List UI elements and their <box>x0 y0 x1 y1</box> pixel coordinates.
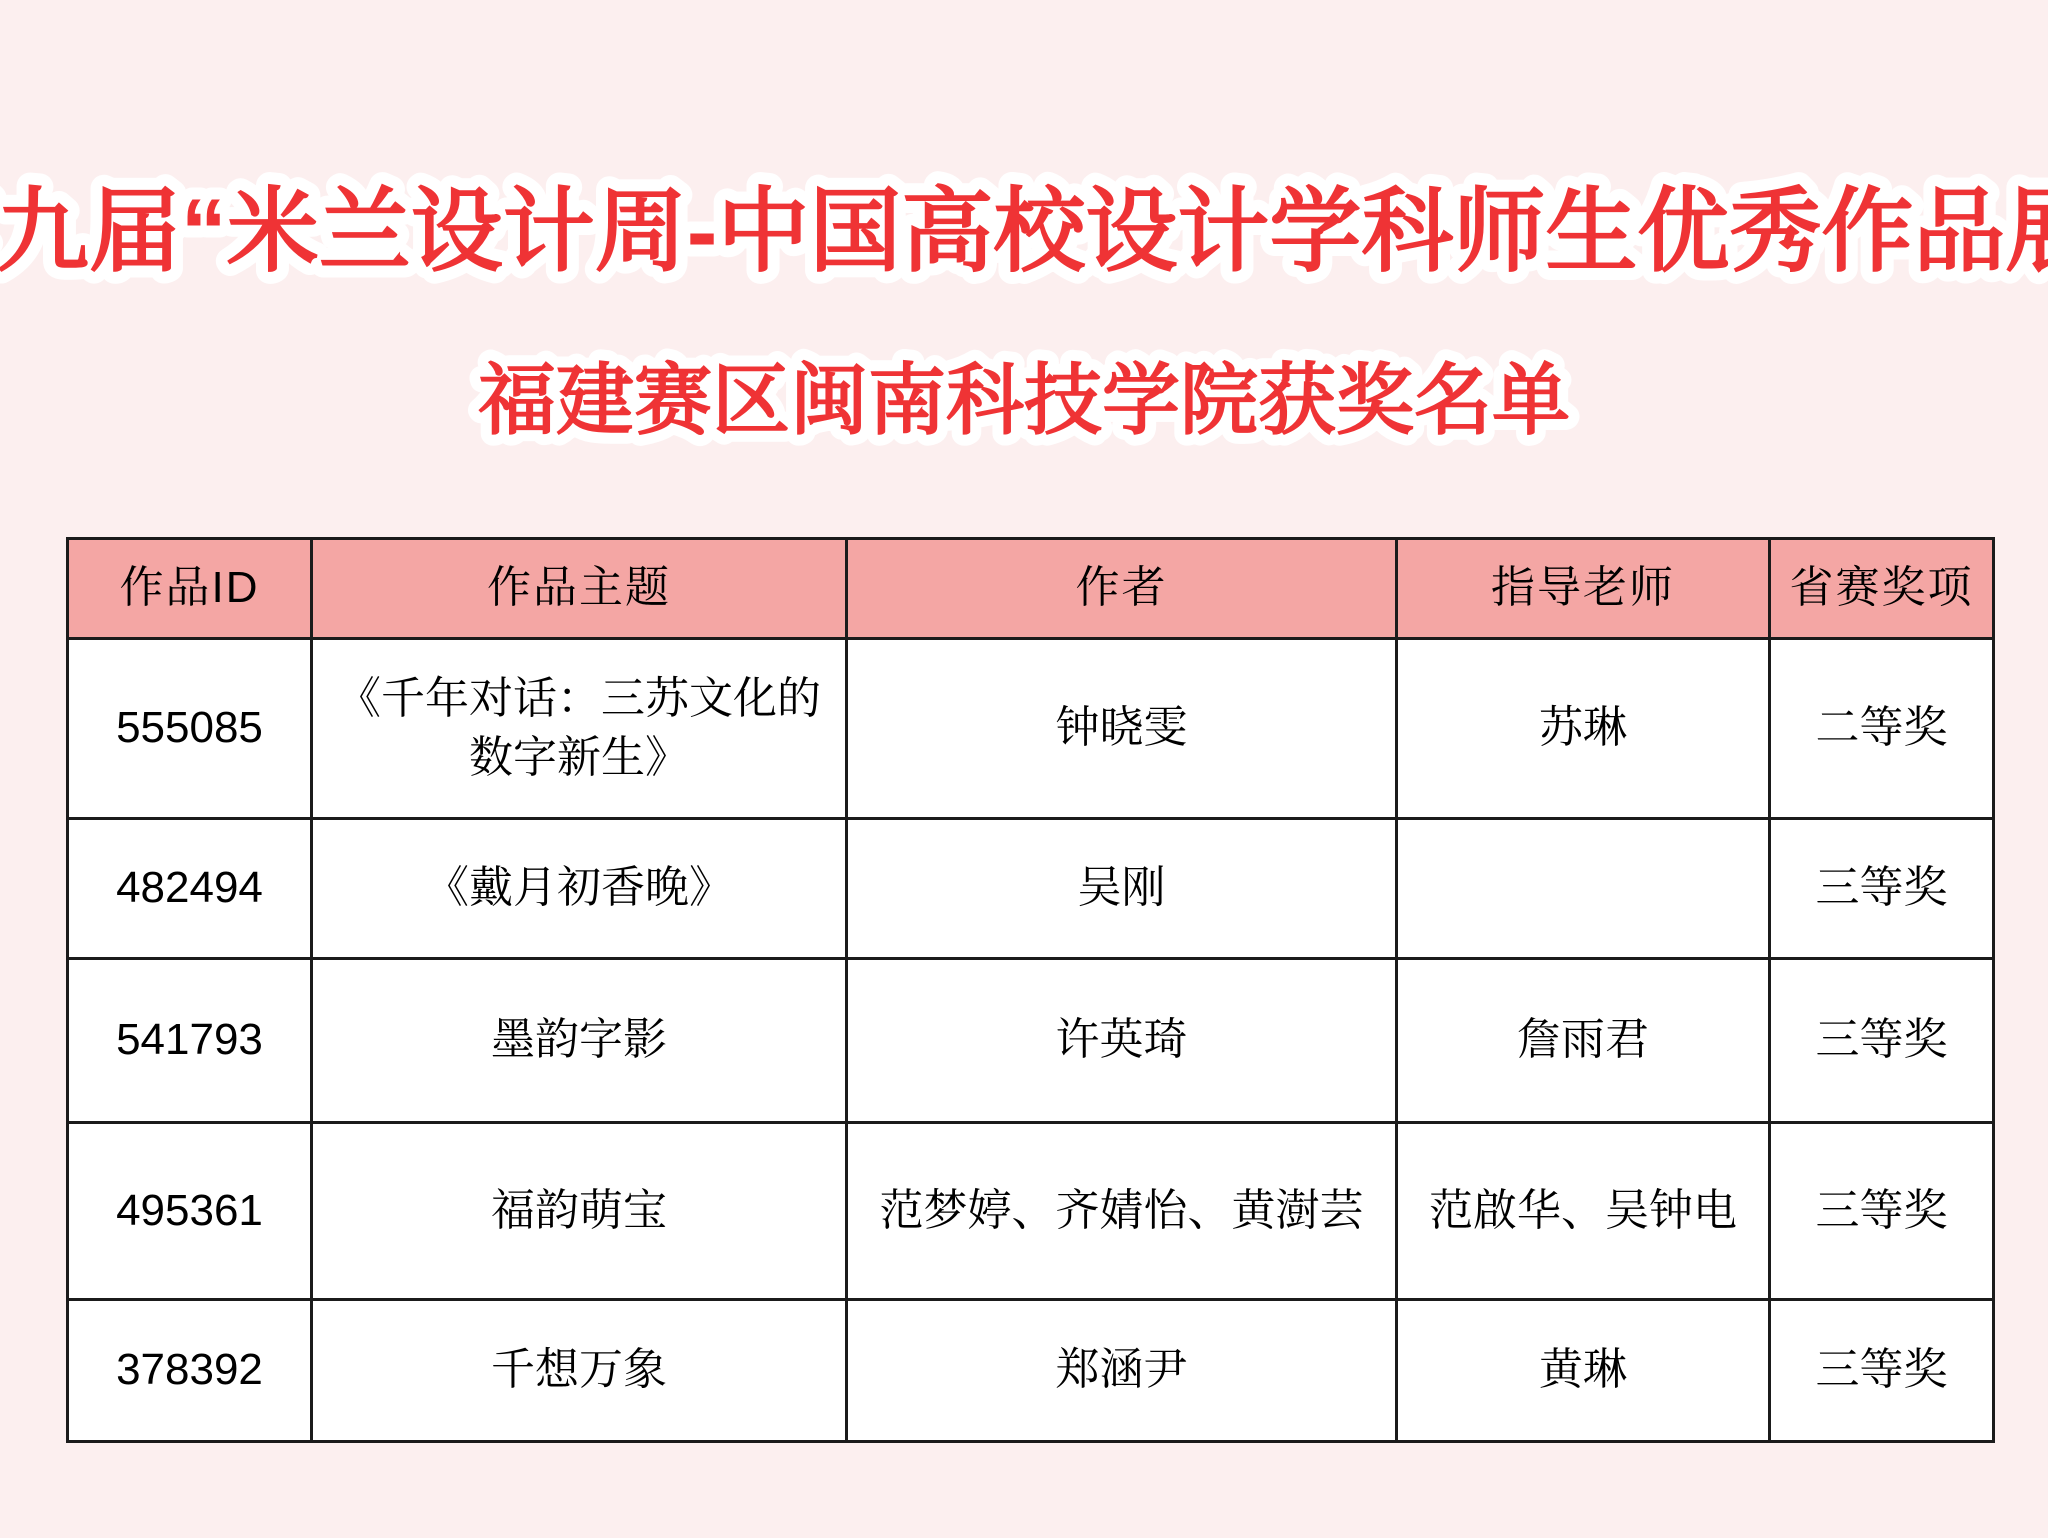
cell-work-id: 482494 <box>68 819 312 959</box>
page-title-line1: 第九届“米兰设计周-中国高校设计学科师生优秀作品展” <box>0 181 2048 283</box>
cell-work-id: 555085 <box>68 639 312 819</box>
table-row: 482494 《戴月初香晚》 吴刚 三等奖 <box>68 819 1994 959</box>
cell-work-id: 378392 <box>68 1300 312 1442</box>
cell-work-id: 495361 <box>68 1123 312 1300</box>
page-title-line2: 福建赛区闽南科技学院获奖名单 <box>478 356 1570 444</box>
header-cell-award: 省赛奖项 <box>1770 539 1994 639</box>
table-header-row: 作品ID 作品主题 作者 指导老师 省赛奖项 <box>68 539 1994 639</box>
table-row: 541793 墨韵字影 许英琦 詹雨君 三等奖 <box>68 959 1994 1123</box>
cell-theme: 《戴月初香晚》 <box>312 819 847 959</box>
cell-advisor: 黄琳 <box>1397 1300 1770 1442</box>
cell-author: 范梦婷、齐婧怡、黄澍芸 <box>847 1123 1397 1300</box>
cell-author: 许英琦 <box>847 959 1397 1123</box>
cell-theme: 《千年对话：三苏文化的数字新生》 <box>312 639 847 819</box>
cell-theme: 福韵萌宝 <box>312 1123 847 1300</box>
cell-advisor: 苏琳 <box>1397 639 1770 819</box>
cell-award: 二等奖 <box>1770 639 1994 819</box>
cell-work-id: 541793 <box>68 959 312 1123</box>
cell-author: 郑涵尹 <box>847 1300 1397 1442</box>
header-cell-author: 作者 <box>847 539 1397 639</box>
cell-theme: 墨韵字影 <box>312 959 847 1123</box>
cell-advisor: 范啟华、吴钟电 <box>1397 1123 1770 1300</box>
cell-award: 三等奖 <box>1770 819 1994 959</box>
table-row: 555085 《千年对话：三苏文化的数字新生》 钟晓雯 苏琳 二等奖 <box>68 639 1994 819</box>
cell-theme: 千想万象 <box>312 1300 847 1442</box>
table-row: 378392 千想万象 郑涵尹 黄琳 三等奖 <box>68 1300 1994 1442</box>
cell-award: 三等奖 <box>1770 1123 1994 1300</box>
cell-award: 三等奖 <box>1770 1300 1994 1442</box>
award-announcement-page: { "title": { "line1": "第九届“米兰设计周-中国高校设计学… <box>0 0 2048 1538</box>
cell-author: 吴刚 <box>847 819 1397 959</box>
header-cell-advisor: 指导老师 <box>1397 539 1770 639</box>
cell-author: 钟晓雯 <box>847 639 1397 819</box>
cell-advisor <box>1397 819 1770 959</box>
header-cell-work-id: 作品ID <box>68 539 312 639</box>
cell-advisor: 詹雨君 <box>1397 959 1770 1123</box>
table-row: 495361 福韵萌宝 范梦婷、齐婧怡、黄澍芸 范啟华、吴钟电 三等奖 <box>68 1123 1994 1300</box>
cell-award: 三等奖 <box>1770 959 1994 1123</box>
page-title: 第九届“米兰设计周-中国高校设计学科师生优秀作品展” 福建赛区闽南科技学院获奖名… <box>0 0 2048 500</box>
awards-table: 作品ID 作品主题 作者 指导老师 省赛奖项 555085 《千年对话：三苏文化… <box>66 537 1995 1443</box>
header-cell-theme: 作品主题 <box>312 539 847 639</box>
